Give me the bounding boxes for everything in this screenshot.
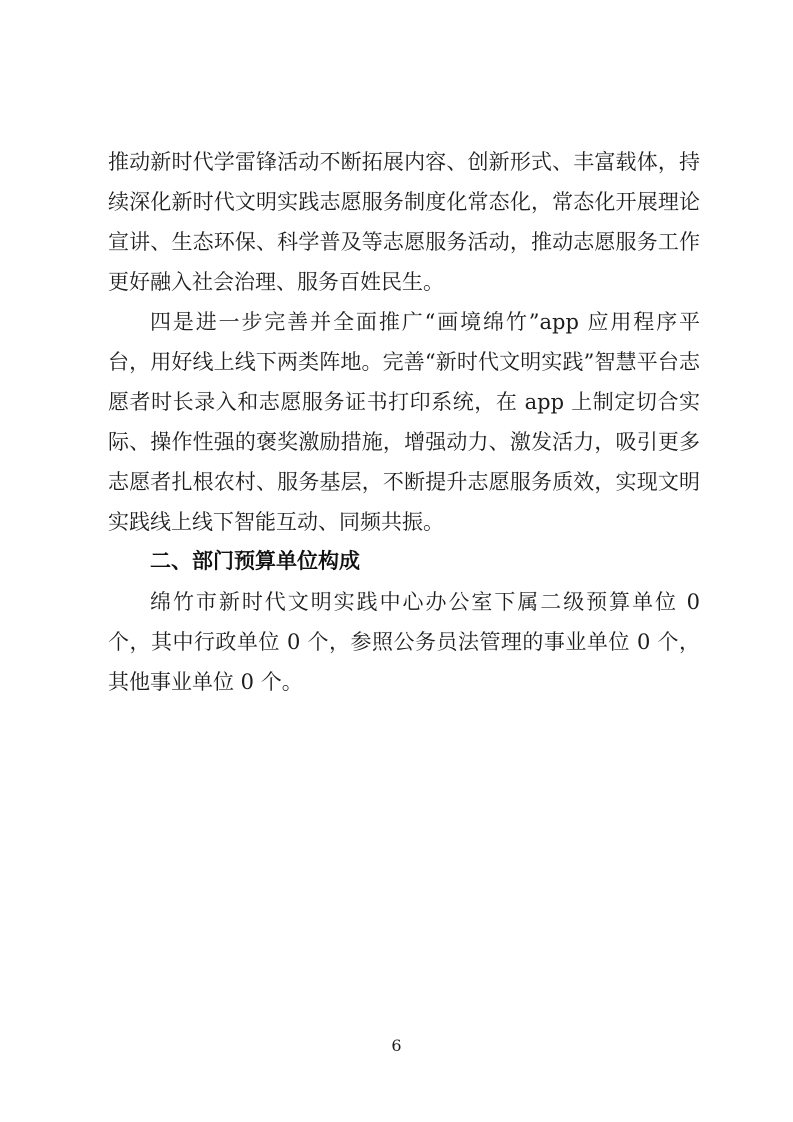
paragraph-app-platform: 四是进一步完善并全面推广“画境绵竹”app 应用程序平台，用好线上线下两类阵地。… [108, 302, 700, 542]
section-heading-budget-unit-composition: 二、部门预算单位构成 [108, 542, 700, 582]
paragraph-volunteer-service: 推动新时代学雷锋活动不断拓展内容、创新形式、丰富载体，持续深化新时代文明实践志愿… [108, 142, 700, 302]
document-page: 推动新时代学雷锋活动不断拓展内容、创新形式、丰富载体，持续深化新时代文明实践志愿… [0, 0, 793, 1122]
page-number: 6 [0, 1036, 793, 1055]
paragraph-budget-unit-counts: 绵竹市新时代文明实践中心办公室下属二级预算单位 0 个，其中行政单位 0 个，参… [108, 582, 700, 702]
document-body: 推动新时代学雷锋活动不断拓展内容、创新形式、丰富载体，持续深化新时代文明实践志愿… [108, 142, 700, 702]
